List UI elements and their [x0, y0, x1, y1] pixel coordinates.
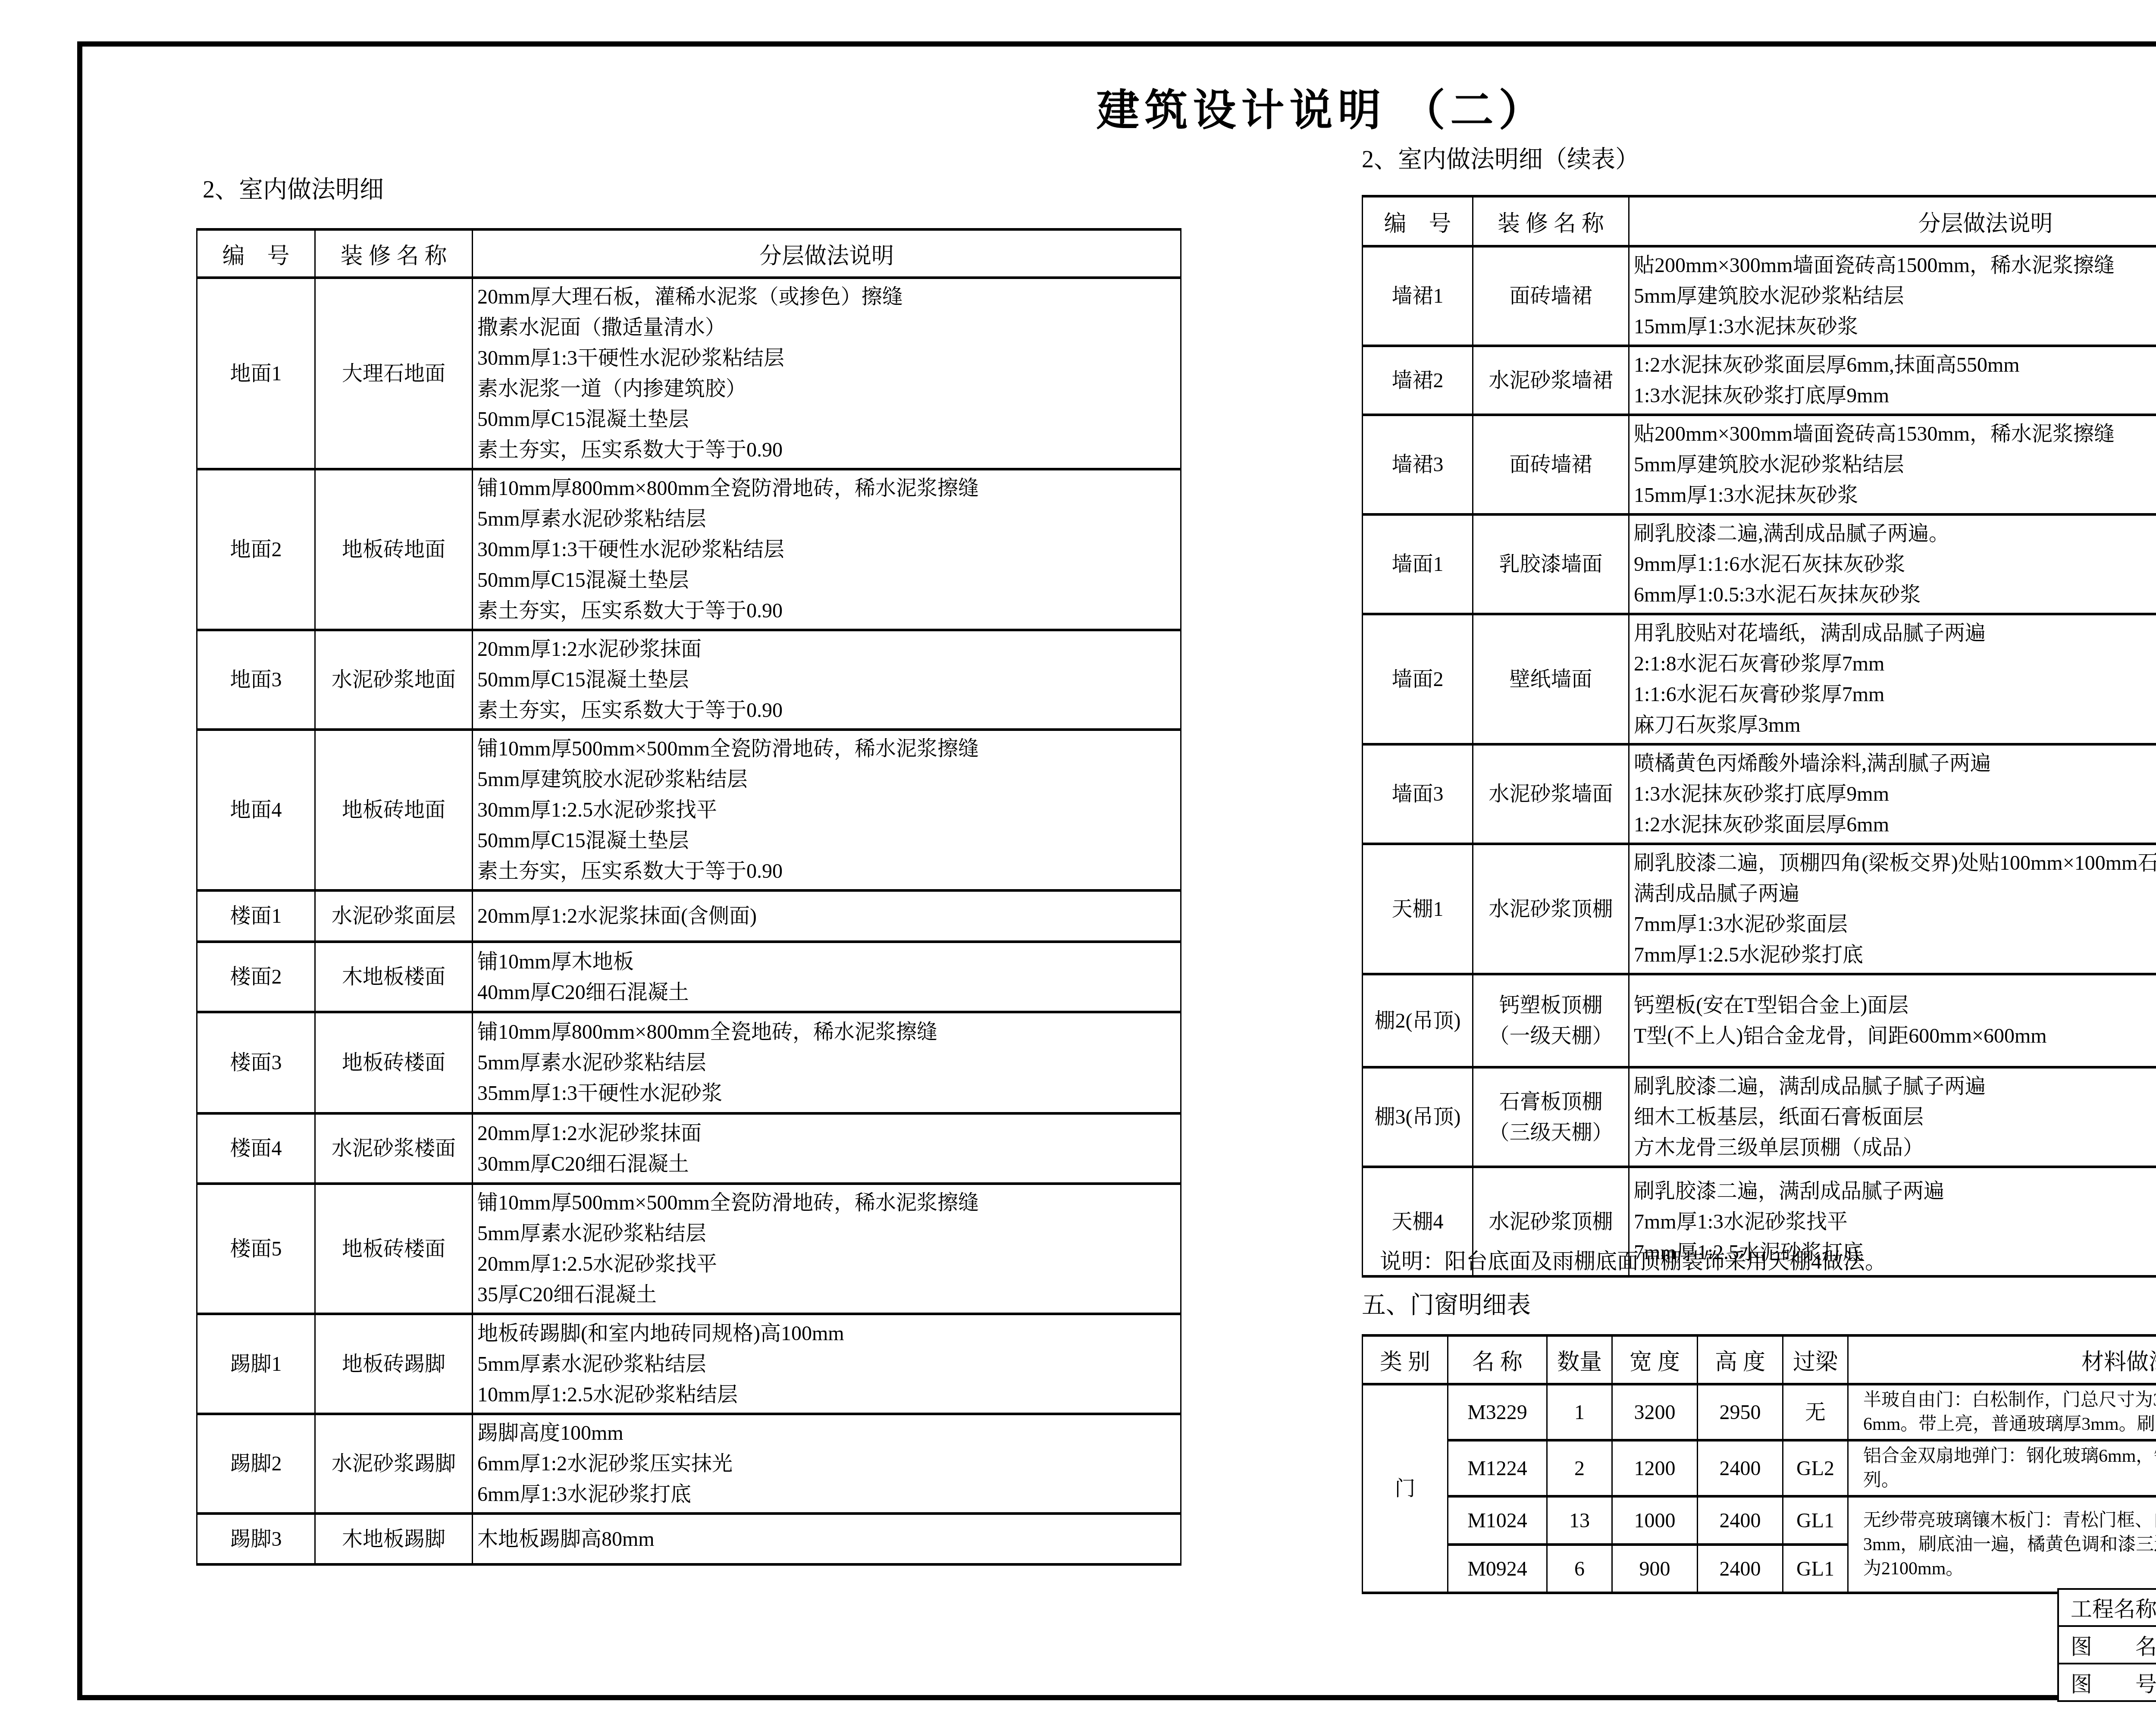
- cell-id: 墙面1: [1363, 514, 1473, 614]
- cell-desc: 踢脚高度100mm 6mm厚1:2水泥砂浆压实抹光 6mm厚1:3水泥砂浆打底: [473, 1414, 1181, 1514]
- cell-desc: 20mm厚大理石板，灌稀水泥浆（或掺色）擦缝 撒素水泥面（撒适量清水） 30mm…: [473, 278, 1181, 469]
- cell-name: 地板砖楼面: [315, 1012, 473, 1113]
- table-note: 说明：阳台底面及雨棚底面顶棚装饰采用天棚4做法。: [1380, 1244, 1887, 1275]
- cell-height: 2400: [1698, 1545, 1783, 1593]
- cell-name: 大理石地面: [315, 278, 473, 469]
- cell-id: 地面3: [197, 630, 315, 730]
- cell-id: 踢脚2: [197, 1414, 315, 1514]
- table-row: 棚2(吊顶) 钙塑板顶棚 （一级天棚） 钙塑板(安在T型铝合金上)面层 T型(不…: [1363, 974, 2156, 1067]
- cell-name: 水泥砂浆墙面: [1473, 744, 1629, 844]
- cell-lintel: GL2: [1783, 1440, 1848, 1496]
- cell-name: M0924: [1448, 1545, 1547, 1593]
- interior-finish-table: 编 号 装 修 名 称 分层做法说明 地面1 大理石地面 20mm厚大理石板，灌…: [196, 228, 1181, 1566]
- col-header-name: 装 修 名 称: [315, 229, 473, 278]
- cell-qty: 6: [1547, 1545, 1612, 1593]
- cell-qty: 1: [1547, 1384, 1612, 1440]
- cell-desc: 喷橘黄色丙烯酸外墙涂料,满刮腻子两遍 1:3水泥抹灰砂浆打底厚9mm 1:2水泥…: [1629, 744, 2156, 844]
- table-row: 踢脚2 水泥砂浆踢脚 踢脚高度100mm 6mm厚1:2水泥砂浆压实抹光 6mm…: [197, 1414, 1181, 1514]
- cell-name: M1024: [1448, 1496, 1547, 1545]
- cell-material: 铝合金双扇地弹门：钢化玻璃6mm，铝合金型材（银白色）70系列。: [1848, 1440, 2156, 1496]
- col-header-desc: 分层做法说明: [1629, 196, 2156, 246]
- cell-name: 面砖墙裙: [1473, 246, 1629, 346]
- cell-lintel: GL1: [1783, 1496, 1848, 1545]
- cell-material: 无纱带亮玻璃镶木板门：青松门框、白松门，安普通门锁，玻璃厚3mm，刷底油一遍，橘…: [1848, 1496, 2156, 1593]
- cell-id: 楼面3: [197, 1012, 315, 1113]
- col-header-width: 宽 度: [1612, 1335, 1698, 1384]
- cell-desc: 20mm厚1:2水泥砂浆抹面 50mm厚C15混凝土垫层 素土夯实，压实系数大于…: [473, 630, 1181, 730]
- cell-id: 墙裙3: [1363, 415, 1473, 514]
- cell-desc: 地板砖踢脚(和室内地砖同规格)高100mm 5mm厚素水泥砂浆粘结层 10mm厚…: [473, 1314, 1181, 1414]
- table-row: M1024 13 1000 2400 GL1 无纱带亮玻璃镶木板门：青松门框、白…: [1363, 1496, 2156, 1545]
- drawing-name-label: 图 名: [2058, 1626, 2156, 1664]
- table-row: 楼面4 水泥砂浆楼面 20mm厚1:2水泥砂浆抹面 30mm厚C20细石混凝土: [197, 1113, 1181, 1184]
- cell-id: 天棚1: [1363, 844, 1473, 974]
- cell-qty: 2: [1547, 1440, 1612, 1496]
- cell-name: 木地板踢脚: [315, 1514, 473, 1564]
- cell-width: 3200: [1612, 1384, 1698, 1440]
- cell-desc: 20mm厚1:2水泥浆抹面(含侧面): [473, 890, 1181, 942]
- cell-desc: 刷乳胶漆二遍，顶棚四角(梁板交界)处贴100mm×100mm石膏线 满刮成品腻子…: [1629, 844, 2156, 974]
- col-header-material: 材料做法: [1848, 1335, 2156, 1384]
- cell-id: 墙面2: [1363, 614, 1473, 744]
- header-row: 编 号 装 修 名 称 分层做法说明: [1363, 196, 2156, 246]
- cell-name: 水泥砂浆地面: [315, 630, 473, 730]
- door-section-heading: 五、门窗明细表: [1362, 1286, 1531, 1320]
- table-row: M1224 2 1200 2400 GL2 铝合金双扇地弹门：钢化玻璃6mm，铝…: [1363, 1440, 2156, 1496]
- cell-height: 2950: [1698, 1384, 1783, 1440]
- cell-desc: 贴200mm×300mm墙面瓷砖高1530mm，稀水泥浆擦缝 5mm厚建筑胶水泥…: [1629, 415, 2156, 514]
- cell-name: 乳胶漆墙面: [1473, 514, 1629, 614]
- table-row: 地面4 地板砖地面 铺10mm厚500mm×500mm全瓷防滑地砖，稀水泥浆擦缝…: [197, 730, 1181, 890]
- cell-width: 1000: [1612, 1496, 1698, 1545]
- cell-name: 壁纸墙面: [1473, 614, 1629, 744]
- project-name-label: 工程名称: [2058, 1589, 2156, 1626]
- col-header-lintel: 过梁: [1783, 1335, 1848, 1384]
- table-row: 墙裙3 面砖墙裙 贴200mm×300mm墙面瓷砖高1530mm，稀水泥浆擦缝 …: [1363, 415, 2156, 514]
- right-section-heading: 2、室内做法明细（续表）: [1362, 140, 1639, 175]
- title-block-row: 工程名称 土木实训楼: [2058, 1589, 2156, 1626]
- cell-name: 水泥砂浆面层: [315, 890, 473, 942]
- title-block: 工程名称 土木实训楼 图 名 建筑设计说明 （二） 图 号 建 施 02: [2057, 1588, 2156, 1702]
- cell-category: 门: [1363, 1384, 1448, 1593]
- cell-name: 地板砖踢脚: [315, 1314, 473, 1414]
- table-row: 楼面5 地板砖楼面 铺10mm厚500mm×500mm全瓷防滑地砖，稀水泥浆擦缝…: [197, 1184, 1181, 1314]
- cell-desc: 贴200mm×300mm墙面瓷砖高1500mm，稀水泥浆擦缝 5mm厚建筑胶水泥…: [1629, 246, 2156, 346]
- table-row: 棚3(吊顶) 石膏板顶棚 （三级天棚） 刷乳胶漆二遍，满刮成品腻子腻子两遍 细木…: [1363, 1067, 2156, 1167]
- table-row: 地面3 水泥砂浆地面 20mm厚1:2水泥砂浆抹面 50mm厚C15混凝土垫层 …: [197, 630, 1181, 730]
- title-block-row: 图 名 建筑设计说明 （二）: [2058, 1626, 2156, 1664]
- cell-id: 墙裙1: [1363, 246, 1473, 346]
- table-row: 楼面1 水泥砂浆面层 20mm厚1:2水泥浆抹面(含侧面): [197, 890, 1181, 942]
- cell-id: 棚2(吊顶): [1363, 974, 1473, 1067]
- left-section-heading: 2、室内做法明细: [203, 170, 384, 205]
- table-row: 踢脚1 地板砖踢脚 地板砖踢脚(和室内地砖同规格)高100mm 5mm厚素水泥砂…: [197, 1314, 1181, 1414]
- cell-id: 楼面4: [197, 1113, 315, 1184]
- col-header-name: 装 修 名 称: [1473, 196, 1629, 246]
- cell-name: 水泥砂浆墙裙: [1473, 346, 1629, 415]
- cell-desc: 钙塑板(安在T型铝合金上)面层 T型(不上人)铝合金龙骨，间距600mm×600…: [1629, 974, 2156, 1067]
- cell-id: 踢脚3: [197, 1514, 315, 1564]
- cell-desc: 铺10mm厚500mm×500mm全瓷防滑地砖，稀水泥浆擦缝 5mm厚建筑胶水泥…: [473, 730, 1181, 890]
- drawing-number-label: 图 号: [2058, 1664, 2156, 1701]
- cell-id: 楼面5: [197, 1184, 315, 1314]
- table-row: 墙裙1 面砖墙裙 贴200mm×300mm墙面瓷砖高1500mm，稀水泥浆擦缝 …: [1363, 246, 2156, 346]
- cell-qty: 13: [1547, 1496, 1612, 1545]
- cell-name: 地板砖楼面: [315, 1184, 473, 1314]
- table-row: 楼面2 木地板楼面 铺10mm厚木地板 40mm厚C20细石混凝土: [197, 942, 1181, 1012]
- title-block-row: 图 号 建 施 02: [2058, 1664, 2156, 1701]
- cell-width: 900: [1612, 1545, 1698, 1593]
- cell-width: 1200: [1612, 1440, 1698, 1496]
- cell-desc: 铺10mm厚800mm×800mm全瓷地砖，稀水泥浆擦缝 5mm厚素水泥砂浆粘结…: [473, 1012, 1181, 1113]
- table-row: 地面2 地板砖地面 铺10mm厚800mm×800mm全瓷防滑地砖，稀水泥浆擦缝…: [197, 469, 1181, 630]
- cell-name: M3229: [1448, 1384, 1547, 1440]
- cell-name: 水泥砂浆顶棚: [1473, 844, 1629, 974]
- page-title: 建筑设计说明 （二）: [1052, 75, 1591, 138]
- col-header-qty: 数量: [1547, 1335, 1612, 1384]
- cell-id: 棚3(吊顶): [1363, 1067, 1473, 1167]
- cell-name: 地板砖地面: [315, 730, 473, 890]
- cell-name: 水泥砂浆楼面: [315, 1113, 473, 1184]
- cell-name: 石膏板顶棚 （三级天棚）: [1473, 1067, 1629, 1167]
- header-row: 编 号 装 修 名 称 分层做法说明: [197, 229, 1181, 278]
- cell-name: 木地板楼面: [315, 942, 473, 1012]
- table-row: 墙面2 壁纸墙面 用乳胶贴对花墙纸，满刮成品腻子两遍 2:1:8水泥石灰膏砂浆厚…: [1363, 614, 2156, 744]
- cell-desc: 铺10mm厚800mm×800mm全瓷防滑地砖，稀水泥浆擦缝 5mm厚素水泥砂浆…: [473, 469, 1181, 630]
- cell-id: 地面2: [197, 469, 315, 630]
- cell-height: 2400: [1698, 1496, 1783, 1545]
- interior-finish-table-continued: 编 号 装 修 名 称 分层做法说明 墙裙1 面砖墙裙 贴200mm×300mm…: [1362, 195, 2156, 1278]
- cell-desc: 刷乳胶漆二遍，满刮成品腻子腻子两遍 细木工板基层，纸面石膏板面层 方木龙骨三级单…: [1629, 1067, 2156, 1167]
- cell-lintel: GL1: [1783, 1545, 1848, 1593]
- cell-desc: 用乳胶贴对花墙纸，满刮成品腻子两遍 2:1:8水泥石灰膏砂浆厚7mm 1:1:6…: [1629, 614, 2156, 744]
- cell-desc: 铺10mm厚木地板 40mm厚C20细石混凝土: [473, 942, 1181, 1012]
- col-header-desc: 分层做法说明: [473, 229, 1181, 278]
- table-row: 门 M3229 1 3200 2950 无 半玻自由门：白松制作，门总尺寸为31…: [1363, 1384, 2156, 1440]
- table-row: 地面1 大理石地面 20mm厚大理石板，灌稀水泥浆（或掺色）擦缝 撒素水泥面（撒…: [197, 278, 1181, 469]
- col-header-name: 名 称: [1448, 1335, 1547, 1384]
- cell-id: 楼面2: [197, 942, 315, 1012]
- cell-id: 地面4: [197, 730, 315, 890]
- cell-height: 2400: [1698, 1440, 1783, 1496]
- cell-id: 墙面3: [1363, 744, 1473, 844]
- col-header-id: 编 号: [197, 229, 315, 278]
- table-row: 墙面1 乳胶漆墙面 刷乳胶漆二遍,满刮成品腻子两遍。 9mm厚1:1:6水泥石灰…: [1363, 514, 2156, 614]
- cell-desc: 1:2水泥抹灰砂浆面层厚6mm,抹面高550mm 1:3水泥抹灰砂浆打底厚9mm: [1629, 346, 2156, 415]
- cell-desc: 刷乳胶漆二遍,满刮成品腻子两遍。 9mm厚1:1:6水泥石灰抹灰砂浆 6mm厚1…: [1629, 514, 2156, 614]
- table-row: 天棚1 水泥砂浆顶棚 刷乳胶漆二遍，顶棚四角(梁板交界)处贴100mm×100m…: [1363, 844, 2156, 974]
- cell-id: 楼面1: [197, 890, 315, 942]
- door-window-table: 类 别 名 称 数量 宽 度 高 度 过梁 材料做法 门 M3229 1 320…: [1362, 1334, 2156, 1594]
- cell-desc: 铺10mm厚500mm×500mm全瓷防滑地砖，稀水泥浆擦缝 5mm厚素水泥砂浆…: [473, 1184, 1181, 1314]
- table-row: 墙裙2 水泥砂浆墙裙 1:2水泥抹灰砂浆面层厚6mm,抹面高550mm 1:3水…: [1363, 346, 2156, 415]
- table-row: 楼面3 地板砖楼面 铺10mm厚800mm×800mm全瓷地砖，稀水泥浆擦缝 5…: [197, 1012, 1181, 1113]
- table-row: 墙面3 水泥砂浆墙面 喷橘黄色丙烯酸外墙涂料,满刮腻子两遍 1:3水泥抹灰砂浆打…: [1363, 744, 2156, 844]
- cell-name: 面砖墙裙: [1473, 415, 1629, 514]
- cell-id: 踢脚1: [197, 1314, 315, 1414]
- col-header-category: 类 别: [1363, 1335, 1448, 1384]
- cell-id: 地面1: [197, 278, 315, 469]
- col-header-id: 编 号: [1363, 196, 1473, 246]
- cell-material: 半玻自由门：白松制作，门总尺寸为3100mm×2200mm,钢化玻璃厚6mm。带…: [1848, 1384, 2156, 1440]
- cell-lintel: 无: [1783, 1384, 1848, 1440]
- cell-id: 墙裙2: [1363, 346, 1473, 415]
- cell-name: 钙塑板顶棚 （一级天棚）: [1473, 974, 1629, 1067]
- col-header-height: 高 度: [1698, 1335, 1783, 1384]
- cell-name: M1224: [1448, 1440, 1547, 1496]
- header-row: 类 别 名 称 数量 宽 度 高 度 过梁 材料做法: [1363, 1335, 2156, 1384]
- cell-desc: 木地板踢脚高80mm: [473, 1514, 1181, 1564]
- cell-name: 地板砖地面: [315, 469, 473, 630]
- cell-desc: 20mm厚1:2水泥砂浆抹面 30mm厚C20细石混凝土: [473, 1113, 1181, 1184]
- table-row: 踢脚3 木地板踢脚 木地板踢脚高80mm: [197, 1514, 1181, 1564]
- cell-name: 水泥砂浆踢脚: [315, 1414, 473, 1514]
